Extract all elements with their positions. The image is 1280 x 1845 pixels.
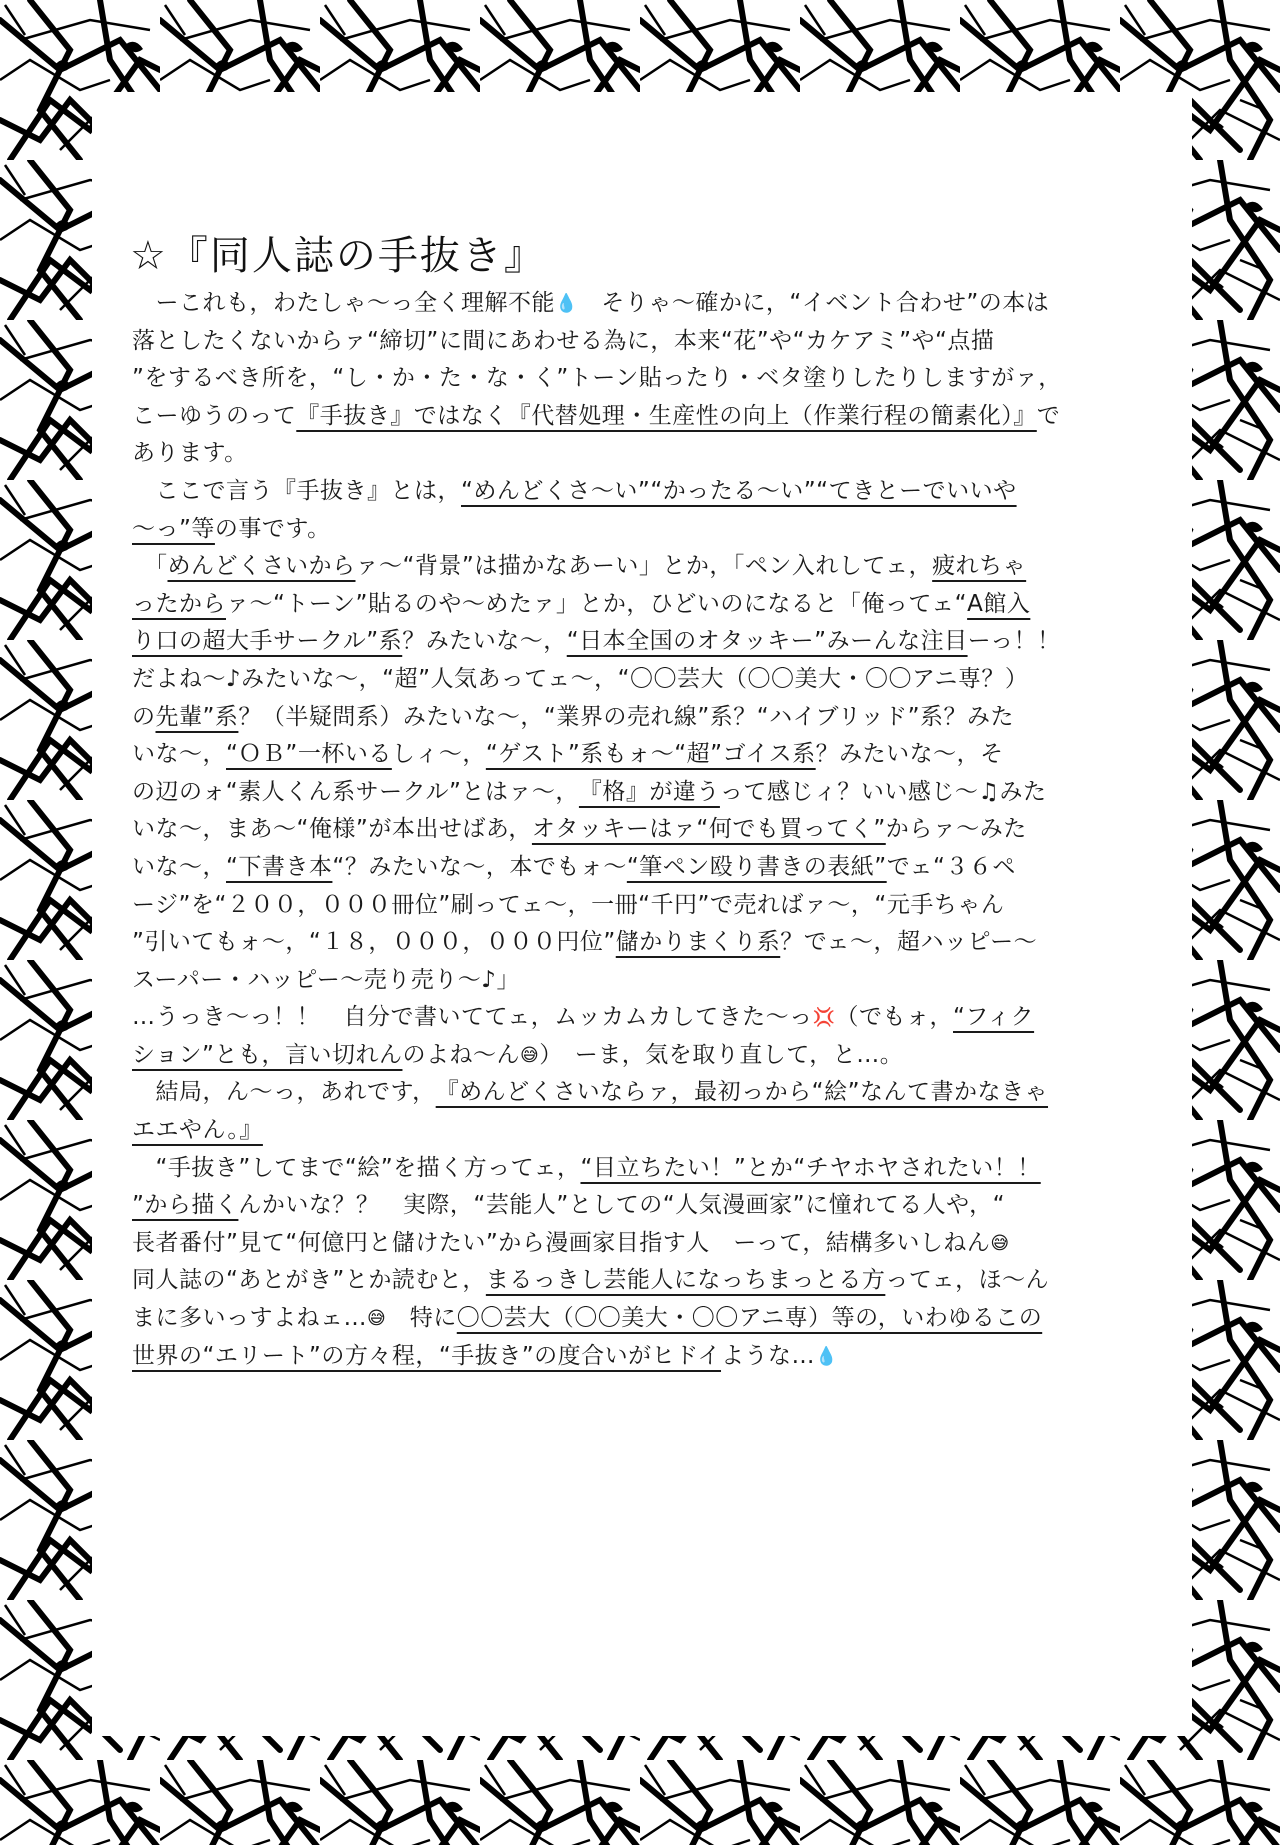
text-line: “手抜き”してまで“絵”を描く方ってェ，“目立ちたい！”とか“チヤホヤされたい！… bbox=[132, 1150, 1156, 1188]
text-segment: ） ーま，気を取り直して，と…。 bbox=[539, 1037, 903, 1075]
text-segment: スーパー・ハッピー〜売り売り〜♪」 bbox=[132, 962, 520, 1000]
text-line: ”をするべき所を，“し・か・た・な・く”トーン貼ったり・ベタ塗りしたりしますがァ… bbox=[132, 360, 1156, 398]
text-segment: 同人誌の“あとがき”とか読むと， bbox=[132, 1262, 486, 1300]
text-segment: ？でェ〜，超ハッピー〜 bbox=[780, 924, 1037, 962]
text-segment: からァ〜みた bbox=[886, 811, 1027, 849]
text-line: エエやん。』 bbox=[132, 1112, 1156, 1150]
text-line: いな〜，まあ〜“俺様”が本出せばあ，オタッキーはァ“何でも買ってく”からァ〜みた bbox=[132, 811, 1156, 849]
text-segment: でェ“３６ペ bbox=[887, 849, 1016, 887]
underlined-text: 儲かりまくり系 bbox=[616, 924, 781, 962]
underlined-text: ション”とも，言い切れん bbox=[132, 1037, 402, 1075]
text-line: 結局，ん〜っ，あれです，『めんどくさいならァ，最初っから“絵”なんて書かなきゃ bbox=[132, 1074, 1156, 1112]
text-segment: いな〜， bbox=[132, 849, 226, 887]
text-line: 「めんどくさいからァ〜“背景”は描かなあーい」とか，「ペン入れしてェ，疲れちゃ bbox=[132, 548, 1156, 586]
text-line: 長者番付”見て“何億円と儲けたい”から漫画家目指す人 ーって，結構多いしねん😅 bbox=[132, 1225, 1156, 1263]
underlined-text: 『めんどくさいならァ，最初っから“絵”なんて書かなきゃ bbox=[436, 1074, 1048, 1112]
underlined-text: “日本全国のオタッキー”みーんな注目 bbox=[567, 623, 968, 661]
underlined-text: “フィク bbox=[953, 999, 1034, 1037]
text-line: ”引いてもォ〜，“１８，０００，０００円位”儲かりまくり系？でェ〜，超ハッピー〜 bbox=[132, 924, 1156, 962]
article-body: ーこれも，わたしゃ〜っ全く理解不能💧 そりゃ〜確かに，“イベント合わせ”の本は落… bbox=[132, 285, 1156, 1375]
text-segment: の辺のォ“素人くん系サークル”とはァ〜， bbox=[132, 774, 579, 812]
text-line: の辺のォ“素人くん系サークル”とはァ〜，『格』が違うって感じィ？いい感じ〜♫みた bbox=[132, 774, 1156, 812]
underlined-text: まるっきし芸能人になっちまっとる方 bbox=[486, 1262, 886, 1300]
text-segment: ここで言う『手抜き』とは， bbox=[132, 473, 461, 511]
underlined-text: 〜っ”等 bbox=[132, 511, 215, 549]
text-segment: ーこれも，わたしゃ〜っ全く理解不能 bbox=[132, 285, 555, 323]
underlined-text: り口の超大手サークル”系 bbox=[132, 623, 402, 661]
text-line: ったからァ〜“トーン”貼るのや〜めたァ」とか，ひどいのになると「俺ってェ“A館入 bbox=[132, 586, 1156, 624]
text-segment: いな〜，まあ〜“俺様”が本出せばあ， bbox=[132, 811, 532, 849]
text-segment: ？（半疑問系）みたいな〜，“業界の売れ線”系？“ハイブリッド”系？みた bbox=[238, 699, 1014, 737]
text-line: 〜っ”等の事です。 bbox=[132, 511, 1156, 549]
text-segment: ”引いてもォ〜，“１８，０００，０００円位” bbox=[132, 924, 616, 962]
underlined-text: “ゲスト”系もォ〜“超”ゴイス系 bbox=[486, 736, 816, 774]
text-segment: まに多いっすよねェ… bbox=[132, 1300, 367, 1338]
text-line: 世界の“エリート”の方々程，“手抜き”の度合いがヒドイような…💧 bbox=[132, 1338, 1156, 1376]
text-line: ション”とも，言い切れんのよね〜ん😅） ーま，気を取り直して，と…。 bbox=[132, 1037, 1156, 1075]
text-segment: んかいな？？ 実際，“芸能人”としての“人気漫画家”に憧れてる人や，“ bbox=[238, 1187, 1005, 1225]
text-line: あります。 bbox=[132, 435, 1156, 473]
text-segment: ってェ，ほ〜ん bbox=[885, 1262, 1049, 1300]
text-segment: だよね〜♪みたいな〜，“超”人気あってェ〜，“〇〇芸大（〇〇美大・〇〇アニ専？） bbox=[132, 661, 1028, 699]
text-segment: ような… bbox=[721, 1338, 815, 1376]
text-segment: ”をするべき所を，“し・か・た・な・く”トーン貼ったり・ベタ塗りしたりしますがァ… bbox=[132, 360, 1062, 398]
text-segment: 落としたくないからァ“締切”に間にあわせる為に，本来“花”や“カケアミ”や“点描 bbox=[132, 323, 994, 361]
underlined-text: 〇〇芸大（〇〇美大・〇〇アニ専）等の，いわゆるこの bbox=[457, 1300, 1042, 1338]
underlined-text: 疲れちゃ bbox=[932, 548, 1026, 586]
underlined-text: A館入 bbox=[967, 586, 1030, 624]
text-segment: しィ〜， bbox=[392, 736, 486, 774]
text-line: スーパー・ハッピー〜売り売り〜♪」 bbox=[132, 962, 1156, 1000]
text-line: 落としたくないからァ“締切”に間にあわせる為に，本来“花”や“カケアミ”や“点描 bbox=[132, 323, 1156, 361]
text-line: 同人誌の“あとがき”とか読むと，まるっきし芸能人になっちまっとる方ってェ，ほ〜ん bbox=[132, 1262, 1156, 1300]
text-segment: ージ”を“２００，０００冊位”刷ってェ〜，一冊“千円”で売ればァ〜，“元手ちゃん bbox=[132, 887, 1004, 925]
text-line: まに多いっすよねェ…😅 特に〇〇芸大（〇〇美大・〇〇アニ専）等の，いわゆるこの bbox=[132, 1300, 1156, 1338]
emotion-mark-icon: 😅 bbox=[367, 1300, 386, 1338]
text-line: …うっき〜っ！！ 自分で書いててェ，ムッカムカしてきた〜っ💢（でもォ，“フィク bbox=[132, 999, 1156, 1037]
text-line: ーこれも，わたしゃ〜っ全く理解不能💧 そりゃ〜確かに，“イベント合わせ”の本は bbox=[132, 285, 1156, 323]
underlined-text: オタッキーはァ“何でも買ってく” bbox=[532, 811, 886, 849]
text-segment: 特に bbox=[386, 1300, 457, 1338]
emotion-mark-icon: 💢 bbox=[813, 999, 836, 1037]
underlined-text: エエやん。』 bbox=[132, 1112, 263, 1150]
text-segment: の bbox=[132, 699, 156, 737]
text-line: こーゆうのって『手抜き』ではなく『代替処理・生産性の向上（作業行程の簡素化）』で bbox=[132, 398, 1156, 436]
emotion-mark-icon: 😅 bbox=[990, 1225, 1009, 1263]
emotion-mark-icon: 💧 bbox=[555, 285, 578, 323]
text-line: の先輩”系？（半疑問系）みたいな〜，“業界の売れ線”系？“ハイブリッド”系？みた bbox=[132, 699, 1156, 737]
text-line: いな〜，“下書き本“？みたいな〜，本でもォ〜“筆ペン殴り書きの表紙”でェ“３６ペ bbox=[132, 849, 1156, 887]
text-line: だよね〜♪みたいな〜，“超”人気あってェ〜，“〇〇芸大（〇〇美大・〇〇アニ専？） bbox=[132, 661, 1156, 699]
text-line: り口の超大手サークル”系？みたいな〜，“日本全国のオタッキー”みーんな注目ーっ！… bbox=[132, 623, 1156, 661]
underlined-text: 世界の“エリート”の方々程，“手抜き”の度合いがヒドイ bbox=[132, 1338, 721, 1376]
text-segment: 結局，ん〜っ，あれです， bbox=[132, 1074, 436, 1112]
text-segment: いな〜， bbox=[132, 736, 226, 774]
text-segment: …うっき〜っ！！ 自分で書いててェ，ムッカムカしてきた〜っ bbox=[132, 999, 813, 1037]
page-title: ☆『同人誌の手抜き』 bbox=[130, 232, 546, 280]
underlined-text: めんどくさいから bbox=[168, 548, 356, 586]
text-segment: ？みたいな〜，そ bbox=[816, 736, 1004, 774]
text-segment: あります。 bbox=[132, 435, 248, 473]
text-segment: って感じィ？いい感じ〜♫みた bbox=[720, 774, 1047, 812]
text-segment: “？みたいな〜，本でもォ〜 bbox=[332, 849, 626, 887]
text-segment: の事です。 bbox=[215, 511, 331, 549]
text-line: ”から描くんかいな？？ 実際，“芸能人”としての“人気漫画家”に憧れてる人や，“ bbox=[132, 1187, 1156, 1225]
text-segment: ？みたいな〜， bbox=[402, 623, 567, 661]
text-segment: こーゆうのって bbox=[132, 398, 296, 436]
underlined-text: 『格』が違う bbox=[579, 774, 720, 812]
underlined-text: “めんどくさ〜い”“かったる〜い”“てきとーでいいや bbox=[461, 473, 1017, 511]
text-segment: で bbox=[1037, 398, 1061, 436]
underlined-text: “下書き本 bbox=[226, 849, 332, 887]
text-line: ージ”を“２００，０００冊位”刷ってェ〜，一冊“千円”で売ればァ〜，“元手ちゃん bbox=[132, 887, 1156, 925]
text-segment: “手抜き”してまで“絵”を描く方ってェ， bbox=[132, 1150, 580, 1188]
text-segment: 「 bbox=[132, 548, 168, 586]
underlined-text: “ＯＢ”一杯いる bbox=[226, 736, 392, 774]
underlined-text: “目立ちたい！”とか“チヤホヤされたい！！ bbox=[580, 1150, 1040, 1188]
emotion-mark-icon: 😅 bbox=[520, 1037, 539, 1075]
text-line: ここで言う『手抜き』とは，“めんどくさ〜い”“かったる〜い”“てきとーでいいや bbox=[132, 473, 1156, 511]
underlined-text: ったから bbox=[132, 586, 226, 624]
text-segment: のよね〜ん bbox=[402, 1037, 520, 1075]
emotion-mark-icon: 💧 bbox=[815, 1338, 838, 1376]
text-line: いな〜，“ＯＢ”一杯いるしィ〜，“ゲスト”系もォ〜“超”ゴイス系？みたいな〜，そ bbox=[132, 736, 1156, 774]
text-segment: 長者番付”見て“何億円と儲けたい”から漫画家目指す人 ーって，結構多いしねん bbox=[132, 1225, 990, 1263]
underlined-text: ”から描く bbox=[132, 1187, 238, 1225]
text-segment: ァ〜“トーン”貼るのや〜めたァ」とか，ひどいのになると「俺ってェ“ bbox=[226, 586, 967, 624]
underlined-text: “筆ペン殴り書きの表紙” bbox=[627, 849, 887, 887]
text-segment: ァ〜“背景”は描かなあーい」とか，「ペン入れしてェ， bbox=[356, 548, 933, 586]
text-segment: （でもォ， bbox=[836, 999, 954, 1037]
underlined-text: 先輩”系 bbox=[156, 699, 239, 737]
underlined-text: 『手抜き』ではなく『代替処理・生産性の向上（作業行程の簡素化）』 bbox=[296, 398, 1037, 436]
text-segment: そりゃ〜確かに，“イベント合わせ”の本は bbox=[578, 285, 1049, 323]
text-segment: ーっ！！ bbox=[968, 623, 1061, 661]
